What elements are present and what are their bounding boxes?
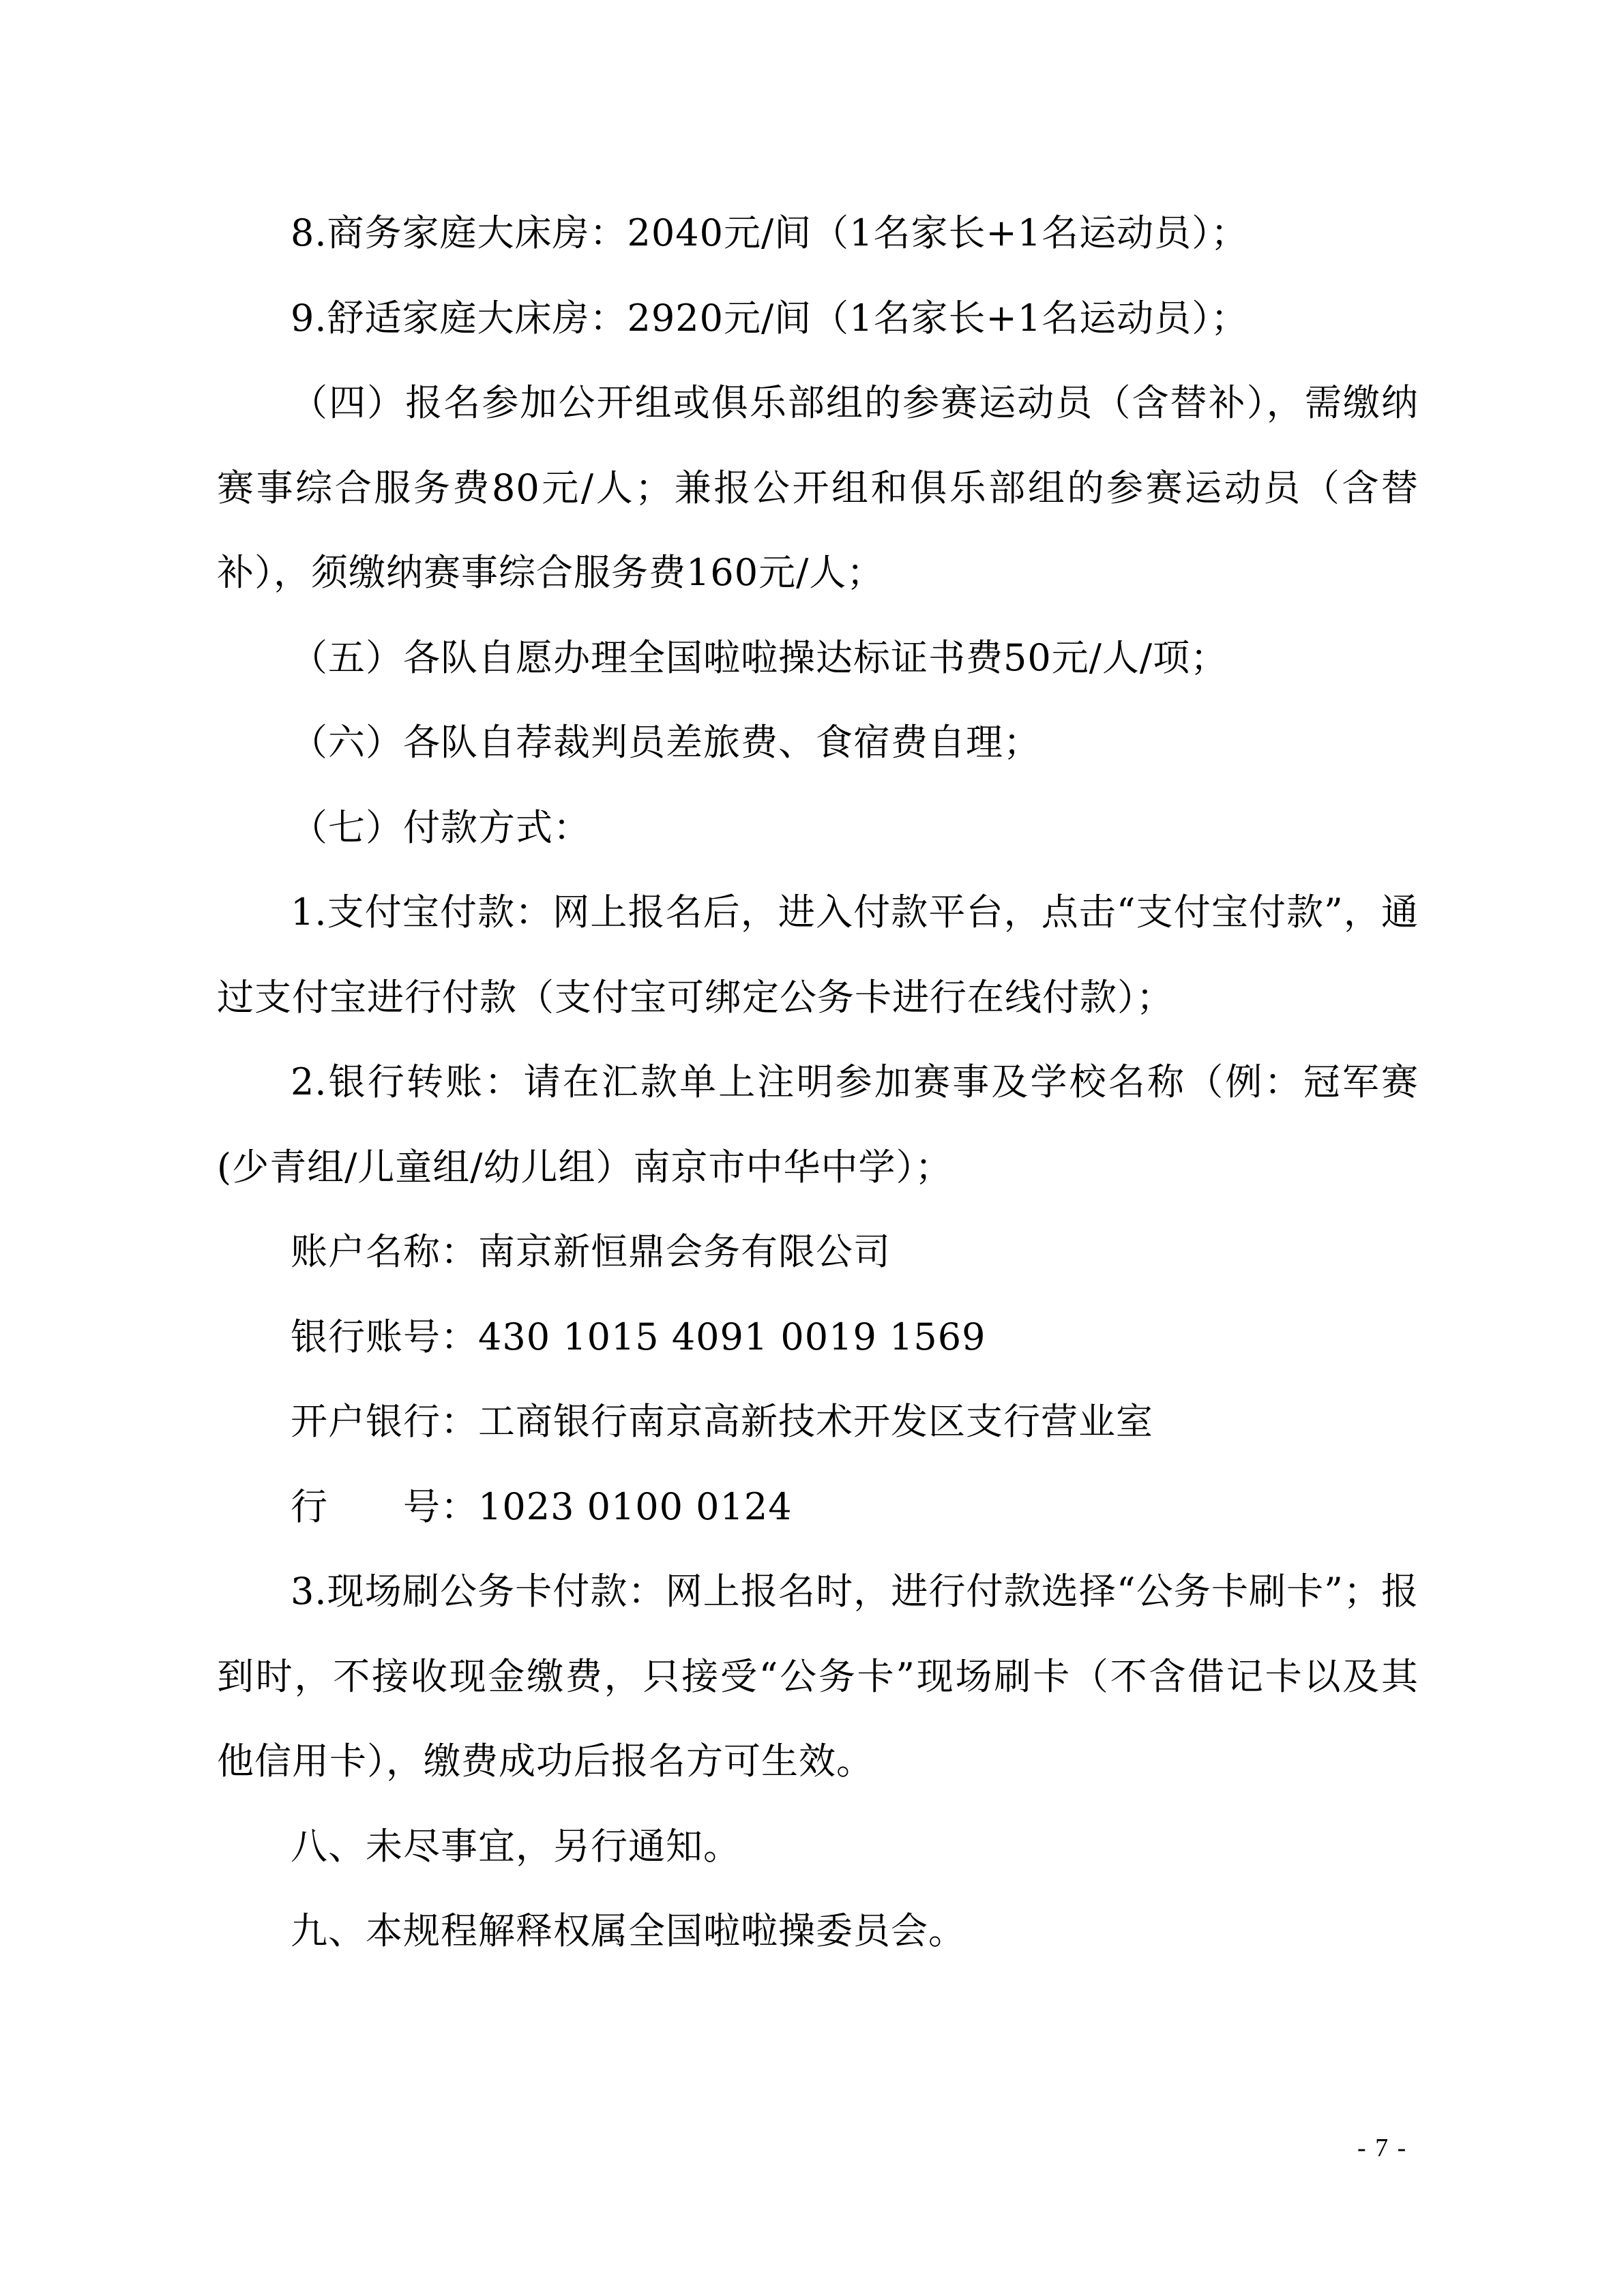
- bank-code: 行 号：1023 0100 0124: [217, 1465, 1419, 1550]
- bank-account-number: 银行账号：430 1015 4091 0019 1569: [217, 1295, 1419, 1380]
- service-fee-clause: （四）报名参加公开组或俱乐部组的参赛运动员（含替补），需缴纳赛事综合服务费80元…: [217, 361, 1419, 616]
- alipay-payment: 1.支付宝付款：网上报名后，进入付款平台，点击“支付宝付款”，通过支付宝进行付款…: [217, 870, 1419, 1040]
- section-nine-interpretation: 九、本规程解释权属全国啦啦操委员会。: [217, 1889, 1419, 1974]
- section-eight-notice: 八、未尽事宜，另行通知。: [217, 1804, 1419, 1890]
- certificate-fee-clause: （五）各队自愿办理全国啦啦操达标证书费50元/人/项；: [217, 616, 1419, 701]
- opening-bank: 开户银行：工商银行南京高新技术开发区支行营业室: [217, 1380, 1419, 1465]
- payment-methods-heading: （七）付款方式：: [217, 786, 1419, 871]
- account-name: 账户名称：南京新恒鼎会务有限公司: [217, 1210, 1419, 1295]
- room-rate-comfort-family: 9.舒适家庭大床房：2920元/间（1名家长+1名运动员）；: [217, 276, 1419, 361]
- room-rate-business-family: 8.商务家庭大床房：2040元/间（1名家长+1名运动员）；: [217, 191, 1419, 276]
- document-body: 8.商务家庭大床房：2040元/间（1名家长+1名运动员）； 9.舒适家庭大床房…: [217, 191, 1419, 1974]
- referee-expense-clause: （六）各队自荐裁判员差旅费、食宿费自理；: [217, 700, 1419, 786]
- bank-transfer-payment: 2.银行转账：请在汇款单上注明参加赛事及学校名称（例：冠军赛(少青组/儿童组/幼…: [217, 1040, 1419, 1210]
- official-card-payment: 3.现场刷公务卡付款：网上报名时，进行付款选择“公务卡刷卡”；报到时，不接收现金…: [217, 1549, 1419, 1804]
- page-number: - 7 -: [1357, 2133, 1407, 2163]
